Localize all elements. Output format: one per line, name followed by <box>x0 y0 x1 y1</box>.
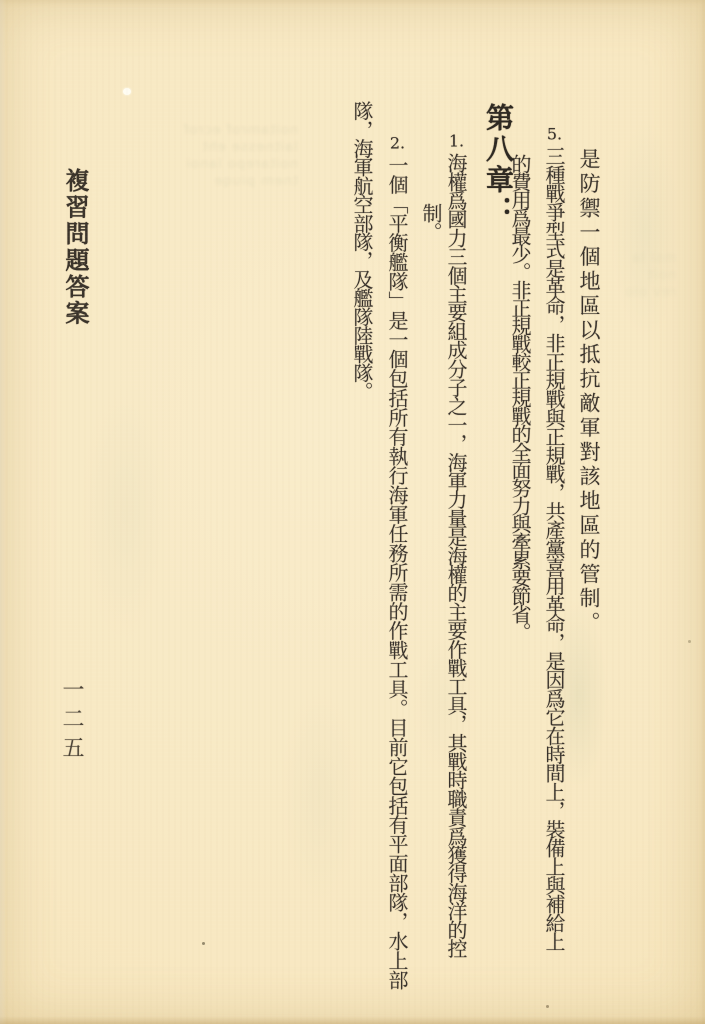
paper-speck <box>202 942 205 945</box>
chapter-heading-text: 第八章： <box>482 103 515 227</box>
answer-item-1-column-2: 制。 <box>417 203 446 240</box>
answer-item-2-text: 一個「平衡艦隊」是一個包括所有執行海軍任務所需的作戰工具。目前它包括有平面部隊，… <box>385 155 409 989</box>
page-left-edge <box>0 0 6 1024</box>
page-number: 一二五 <box>56 678 87 765</box>
answer-carryover-column: 是防禦一個地區以抵抗敵軍對該地區的管制。 <box>574 148 604 636</box>
page-bottom-edge <box>0 1016 705 1024</box>
scanned-document-page: noitamrof ecrof laitnesse eht noitarepo … <box>0 0 705 1024</box>
page-number-text: 一二五 <box>59 678 84 765</box>
answer-item-1-column-1: 1.海權爲國力三個主要組成分子之一，海軍力量是海權的主要作戰工具，其戰時職責爲獲… <box>442 133 471 957</box>
answer-item-1-cont-text: 制。 <box>419 203 443 240</box>
running-title-text: 複習問題答案 <box>61 168 90 327</box>
answer-item-1-text: 海權爲國力三個主要組成分子之一，海軍力量是海權的主要作戰工具，其戰時職責爲獲得海… <box>444 153 468 957</box>
answer-item-2-column-1: 2.一個「平衡艦隊」是一個包括所有執行海軍任務所需的作戰工具。目前它包括有平面部… <box>383 135 412 989</box>
chapter-heading: 第八章： <box>478 103 518 227</box>
bleedthrough-ghost-text: msi la noit rev olo <box>606 250 676 301</box>
paper-smudge <box>80 380 170 640</box>
paper-smudge <box>280 680 360 910</box>
item-number-1: 1. <box>447 133 466 153</box>
answer-carryover-text: 是防禦一個地區以抵抗敵軍對該地區的管制。 <box>577 148 601 636</box>
answer-item-2-column-2: 隊，海軍航空部隊，及艦隊陸戰隊。 <box>348 101 377 400</box>
item-number-2: 2. <box>388 135 407 155</box>
paper-speck <box>546 1005 549 1008</box>
paper-speck <box>123 88 131 95</box>
bleedthrough-ghost-text: noitamrof ecrof laitnesse eht noitarepo … <box>168 122 298 190</box>
answer-item-5-text: 三種戰爭型式是革命，非正規戰與正規戰，共產黨喜用革命，是因爲它在時間上，裝備上與… <box>542 146 566 950</box>
answer-item-2-cont-text: 隊，海軍航空部隊，及艦隊陸戰隊。 <box>350 101 374 400</box>
item-number-5: 5. <box>545 126 564 146</box>
answer-item-5-column-1: 5.三種戰爭型式是革命，非正規戰與正規戰，共產黨喜用革命，是因爲它在時間上，裝備… <box>540 126 569 950</box>
paper-speck <box>688 640 691 643</box>
running-title: 複習問題答案 <box>58 168 93 327</box>
paper-smudge <box>610 120 680 340</box>
